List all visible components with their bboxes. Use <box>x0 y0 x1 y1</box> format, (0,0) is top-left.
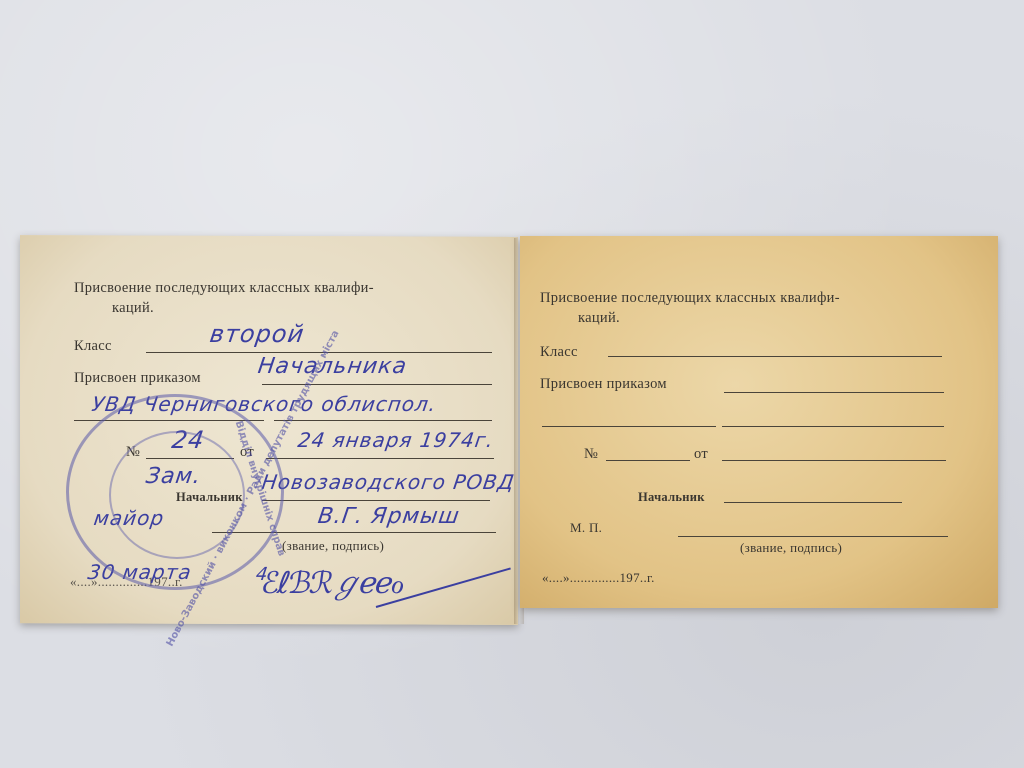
left-heading-line2: каций. <box>112 300 154 317</box>
right-heading-line2: каций. <box>578 310 620 327</box>
right-chief-line <box>724 502 902 503</box>
right-chief-label: Начальник <box>638 490 705 505</box>
right-from-line <box>722 460 946 461</box>
right-sign-line <box>678 536 948 537</box>
right-number-line <box>606 460 690 461</box>
right-from-label: от <box>694 446 708 463</box>
right-order-line <box>724 392 944 393</box>
left-class-value: второй <box>208 320 306 348</box>
left-chief-line <box>262 500 490 501</box>
left-order-line-2b <box>274 420 492 421</box>
right-class-line <box>608 356 942 357</box>
left-order-label: Присвоен приказом <box>74 370 201 387</box>
right-order-line-2b <box>722 426 944 427</box>
left-order-value-1: Начальника <box>256 354 408 379</box>
left-from-line <box>266 458 494 459</box>
left-chief-name: В.Г. Ярмыш <box>316 504 461 529</box>
right-heading-line1: Присвоение последующих классных квалифи- <box>540 290 840 307</box>
left-heading-line1: Присвоение последующих классных квалифи- <box>74 280 374 297</box>
right-order-label: Присвоен приказом <box>540 376 667 393</box>
left-chief-value: Новозаводского РОВД <box>260 470 516 494</box>
right-seal-label: М. П. <box>570 520 602 536</box>
right-number-label: № <box>584 446 598 463</box>
right-sign-caption: (звание, подпись) <box>740 540 842 556</box>
right-date-line: «....»..............197..г. <box>542 570 655 586</box>
right-class-label: Класс <box>540 344 578 361</box>
left-class-label: Класс <box>74 338 112 355</box>
official-stamp: Ново-Заводский · виконком · Ради депутат… <box>66 394 284 590</box>
left-order-line <box>262 384 492 385</box>
left-sign-caption: (звание, подпись) <box>282 538 384 554</box>
signature: ℰℓℬℛℊℯℯℴ <box>259 558 407 602</box>
right-order-line-2a <box>542 426 716 427</box>
left-from-value: 24 января 1974г. <box>296 428 495 452</box>
open-booklet: Присвоение последующих классных квалифи-… <box>0 0 1024 768</box>
